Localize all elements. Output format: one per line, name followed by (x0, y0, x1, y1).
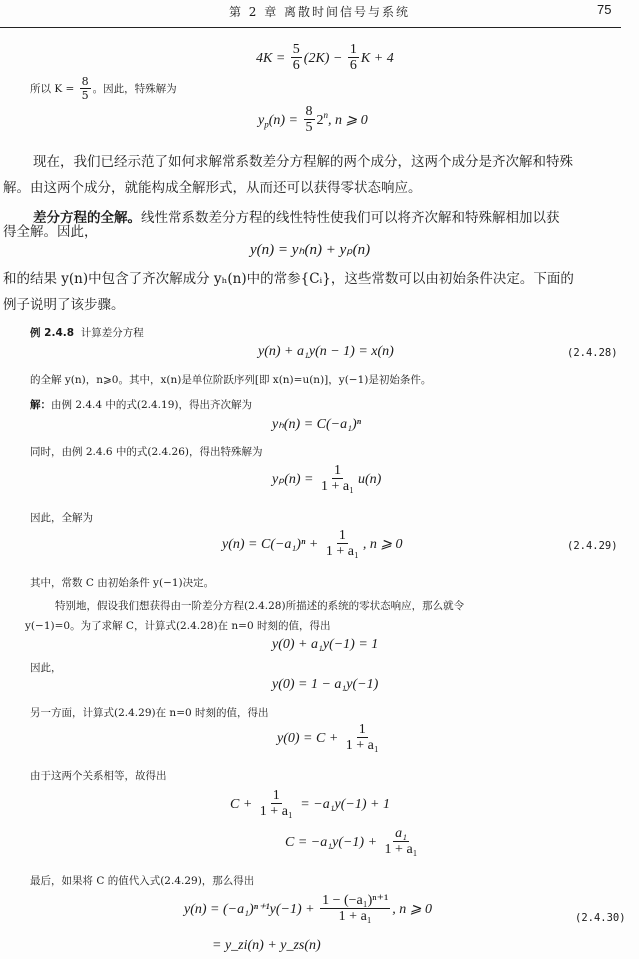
paragraph-4-line-1: 特别地，假设我们想获得由一阶差分方程(2.4.28)所描述的系统的零状态响应，那… (55, 598, 464, 613)
paragraph-1-line-2: 解。由这两个成分，就能构成全解形式，从而还可以获得零状态响应。 (3, 176, 422, 196)
paragraph-2-line-2: 得全解。因此， (3, 220, 98, 240)
equation-2-4-28: y(n) + a₁y(n − 1) = x(n) (258, 344, 394, 360)
equation-full-solution: y(n) = yₕ(n) + yₚ(n) (250, 240, 370, 259)
solution-label: 解： (30, 399, 51, 411)
paragraph-3-line-2: 例子说明了该步骤。 (3, 293, 125, 313)
equation-4k: 4K = 56(2K) − 16K + 4 (256, 42, 394, 75)
equation-y0-b: y(0) = 1 − a₁y(−1) (272, 677, 378, 693)
equation-2-4-29: y(n) = C(−a₁)ⁿ + 11 + a₁, n ⩾ 0 (222, 528, 403, 561)
example-line-2: 的全解 y(n)，n⩾0。其中，x(n)是单位阶跃序列[即 x(n)=u(n)]… (30, 372, 431, 387)
solution-intro: 解：由例 2.4.4 中的式(2.4.19)，得出齐次解为 (30, 397, 252, 412)
equation-y0-c: y(0) = C + 11 + a₁ (277, 722, 383, 755)
equation-c-step-2: C = −a₁y(−1) + a₁1 + a₁ (285, 826, 422, 859)
text-finally: 最后，如果将 C 的值代入式(2.4.29)，那么得出 (30, 873, 254, 888)
equation-y0-a: y(0) + a₁y(−1) = 1 (272, 637, 378, 653)
page-number: 75 (597, 2, 611, 17)
text-c-determined: 其中，常数 C 由初始条件 y(−1)决定。 (30, 575, 214, 590)
equation-yh: yₕ(n) = C(−a₁)ⁿ (272, 416, 361, 433)
text-equal-relations: 由于这两个关系相等，故得出 (30, 768, 167, 783)
example-heading: 例 2.4.8 计算差分方程 (30, 325, 144, 340)
equation-number-2-4-30: (2.4.30) (575, 912, 626, 924)
equation-yp-particular: yp(n) = 852n, n ⩾ 0 (258, 104, 368, 137)
chapter-title: 第 2 章 离散时间信号与系统 (0, 3, 639, 20)
text-therefore: 因此， (30, 660, 62, 675)
paragraph-1-line-1: 现在，我们已经示范了如何求解常系数差分方程解的两个成分，这两个成分是齐次解和特殊 (33, 150, 573, 170)
paragraph-3-line-1: 和的结果 y(n)中包含了齐次解成分 yₕ(n)中的常参{Cᵢ}，这些常数可以由… (3, 267, 574, 287)
equation-2-4-30-decomposition: = y_zi(n) + y_zs(n) (212, 938, 321, 954)
equation-number-2-4-29: (2.4.29) (567, 540, 618, 552)
equation-number-2-4-28: (2.4.28) (567, 347, 618, 359)
equation-yp-step: yₚ(n) = 11 + a₁u(n) (272, 463, 381, 496)
paragraph-2-line-1: 差分方程的全解。线性常系数差分方程的线性特性使我们可以将齐次解和特殊解相加以获 (33, 206, 560, 226)
header-divider (0, 27, 621, 28)
paragraph-4-line-2: y(−1)=0。为了求解 C，计算式(2.4.28)在 n=0 时刻的值，得出 (25, 618, 330, 633)
text-k-value: 所以 K = 85。因此，特殊解为 (30, 76, 177, 102)
text-particular-intro: 同时，由例 2.4.6 中的式(2.4.26)，得出特殊解为 (30, 444, 262, 459)
equation-2-4-30: y(n) = (−a₁)ⁿ⁺¹y(−1) + 1 − (−a₁)ⁿ⁺¹1 + a… (184, 893, 432, 926)
example-label: 例 2.4.8 (30, 327, 74, 339)
text-other-hand: 另一方面，计算式(2.4.29)在 n=0 时刻的值，得出 (30, 705, 269, 720)
equation-c-step-1: C + 11 + a₁ = −a₁y(−1) + 1 (230, 788, 390, 821)
text-full-intro: 因此，全解为 (30, 510, 93, 525)
